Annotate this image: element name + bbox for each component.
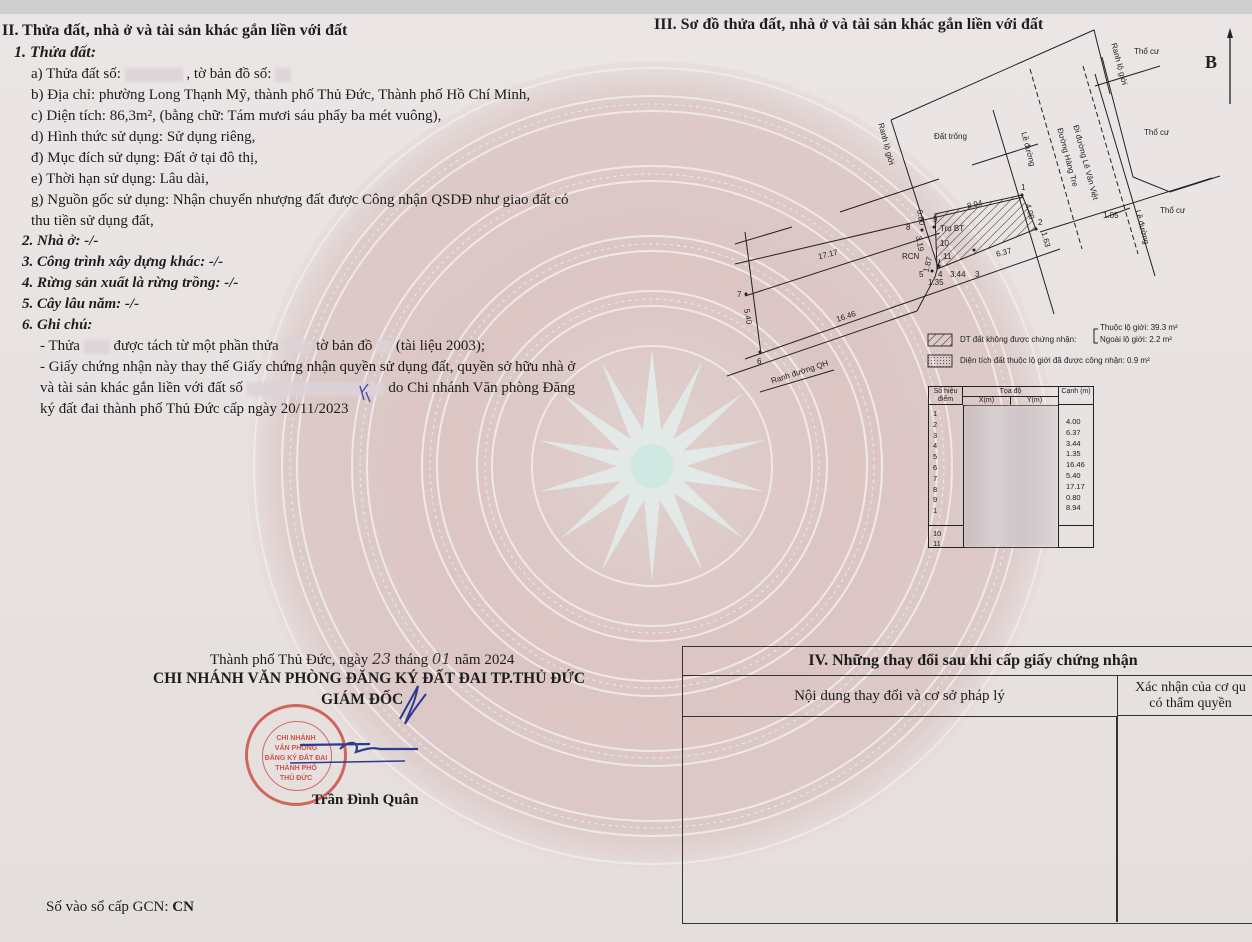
coord-row-edge: 0.80 — [1066, 493, 1085, 504]
coord-row-edge: 8.94 — [1066, 503, 1085, 514]
edge-1-05: 1.05 — [1103, 211, 1119, 220]
coord-row-edge: 3.44 — [1066, 439, 1085, 450]
col-edge: Cạnh (m) — [1058, 387, 1093, 405]
label-tho-cu-2: Thổ cư — [1144, 128, 1169, 137]
point-1: 1 — [1021, 183, 1025, 192]
coord-row-point: 1 — [933, 506, 937, 517]
north-label: B — [1205, 52, 1217, 73]
col-point: Số hiệu điểm — [929, 387, 963, 405]
legend-dotted-label: Diện tích đất thuộc lộ giới đã được công… — [960, 356, 1150, 365]
coordinates-redacted — [965, 406, 1057, 546]
point-4: 4 — [938, 270, 942, 279]
coord-row-point: 7 — [933, 474, 937, 485]
coord-row-edge: 17.17 — [1066, 482, 1085, 493]
legend-hatched-label: DT đất không được chứng nhận: — [960, 335, 1076, 344]
coord-extra-point: 11 — [933, 539, 941, 549]
coord-row-edge: 1.35 — [1066, 449, 1085, 460]
coord-row-point: 3 — [933, 431, 937, 442]
coord-row-point: 2 — [933, 420, 937, 431]
point-2: 2 — [1038, 218, 1042, 227]
coord-row-point: 9 — [933, 495, 937, 506]
coord-row-point: 8 — [933, 485, 937, 496]
point-8: 8 — [906, 223, 910, 232]
label-tho-cu-3: Thổ cư — [1160, 206, 1185, 215]
coord-row-point: 1 — [933, 409, 937, 420]
point-3: 3 — [975, 270, 979, 279]
changes-col-content: Nội dung thay đổi và cơ sở pháp lý — [683, 676, 1116, 717]
coord-row-edge: 6.37 — [1066, 428, 1085, 439]
confirmation-line-2: có thẩm quyền — [1118, 696, 1252, 712]
coord-extra-point: 10 — [933, 529, 941, 539]
col-x: X(m) — [963, 396, 1011, 406]
extra-point-list: 1011 — [933, 529, 941, 549]
label-tho-cu-1: Thổ cư — [1134, 47, 1159, 56]
point-9: 9 — [933, 215, 937, 224]
edge-3-44: 3.44 — [950, 270, 966, 279]
point-6: 6 — [757, 357, 761, 366]
legend-outside-road: Ngoài lộ giới: 2.2 m² — [1100, 335, 1172, 344]
label-dat-trong: Đất trống — [934, 132, 967, 141]
coord-row-edge: 5.40 — [1066, 471, 1085, 482]
label-rcn: RCN — [902, 252, 919, 261]
point-11: 11 — [943, 252, 951, 261]
col-y: Y(m) — [1011, 396, 1058, 406]
certificate-page: II. Thửa đất, nhà ở và tài sản khác gắn … — [0, 14, 1252, 942]
coord-row-point: 6 — [933, 463, 937, 474]
point-7: 7 — [737, 290, 741, 299]
coord-row-point: 5 — [933, 452, 937, 463]
coord-row-edge: 16.46 — [1066, 460, 1085, 471]
coord-row-edge: 4.00 — [1066, 417, 1085, 428]
coord-row-point: 4 — [933, 441, 937, 452]
edge-length-list: 4.006.373.441.3516.465.4017.170.808.94 — [1066, 417, 1085, 514]
changes-table: IV. Những thay đổi sau khi cấp giấy chứn… — [682, 646, 1252, 924]
changes-col-confirmation: Xác nhận của cơ qu có thẩm quyền — [1117, 676, 1252, 716]
label-tru-bt: Trụ BT — [940, 224, 964, 233]
confirmation-line-1: Xác nhận của cơ qu — [1118, 680, 1252, 696]
point-10: 10 — [940, 239, 949, 248]
point-5: 5 — [919, 270, 923, 279]
legend-inside-road: Thuộc lộ giới: 39.3 m² — [1100, 323, 1178, 332]
edge-1-35: 1.35 — [928, 278, 944, 287]
point-index-list: 1234567891 — [933, 409, 937, 517]
section-4-title: IV. Những thay đổi sau khi cấp giấy chứn… — [683, 647, 1252, 676]
coordinate-table: Số hiệu điểm Tọa độ X(m) Y(m) Cạnh (m) 1… — [928, 386, 1094, 548]
